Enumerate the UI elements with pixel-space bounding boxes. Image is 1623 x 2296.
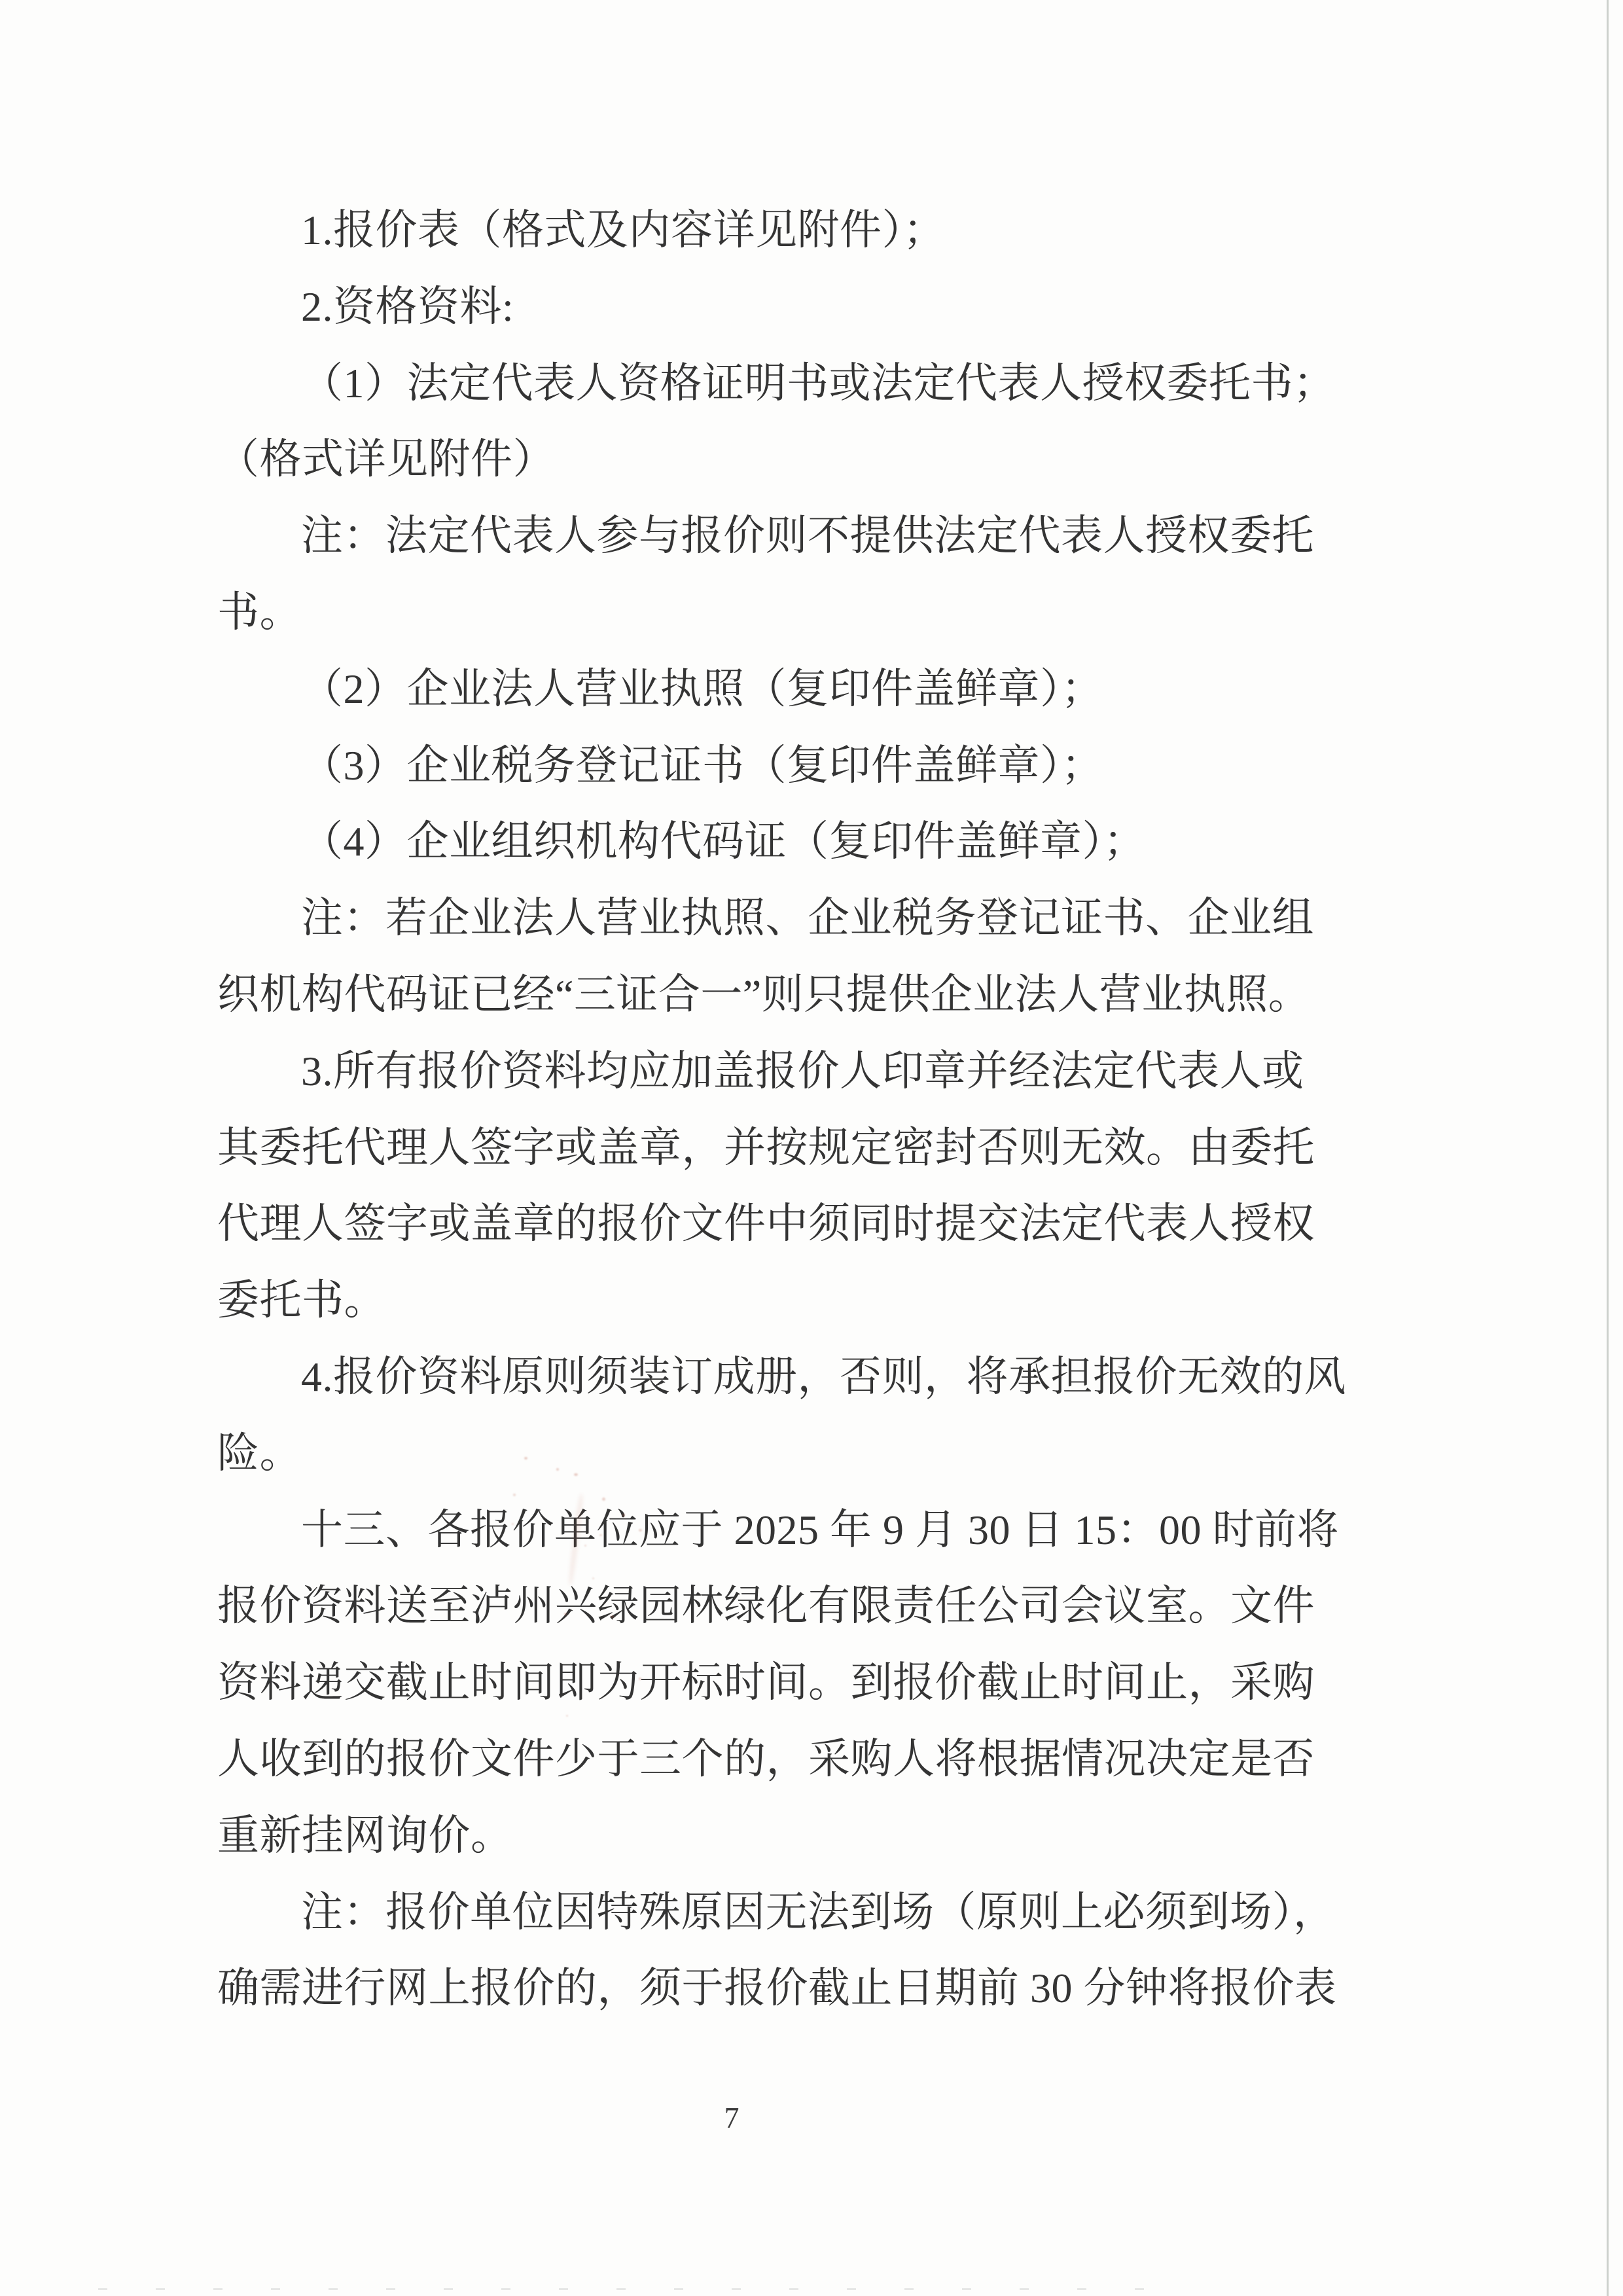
text-line: 代理人签字或盖章的报价文件中须同时提交法定代表人授权: [217, 1186, 1395, 1263]
page-number: 7: [712, 2101, 751, 2135]
text-line: 3.所有报价资料均应加盖报价人印章并经法定代表人或: [217, 1033, 1395, 1110]
text-line: 注：若企业法人营业执照、企业税务登记证书、企业组: [217, 880, 1395, 957]
text-lines: 1.报价表（格式及内容详见附件）；2.资格资料:（1）法定代表人资格证明书或法定…: [217, 192, 1395, 2027]
text-line: 4.报价资料原则须装订成册，否则，将承担报价无效的风: [217, 1339, 1395, 1416]
text-line: 险。: [217, 1416, 1395, 1492]
scanner-bottom-artifact: [98, 2288, 1145, 2290]
text-line: 织机构代码证已经“三证合一”则只提供企业法人营业执照。: [217, 957, 1395, 1033]
text-line: 报价资料送至泸州兴绿园林绿化有限责任公司会议室。文件: [217, 1568, 1395, 1645]
text-line: 人收到的报价文件少于三个的，采购人将根据情况决定是否: [217, 1721, 1395, 1798]
text-line: 书。: [217, 575, 1395, 651]
text-line: 委托书。: [217, 1263, 1395, 1339]
text-line: 确需进行网上报价的，须于报价截止日期前 30 分钟将报价表: [217, 1950, 1395, 2027]
text-line: 1.报价表（格式及内容详见附件）；: [217, 192, 1395, 269]
scanner-edge-artifact: [1607, 0, 1609, 2296]
text-line: 注：法定代表人参与报价则不提供法定代表人授权委托: [217, 498, 1395, 575]
text-line: 十三、各报价单位应于 2025 年 9 月 30 日 15：00 时前将: [217, 1492, 1395, 1569]
text-line: （1）法定代表人资格证明书或法定代表人授权委托书；: [217, 346, 1395, 422]
document-page: 1.报价表（格式及内容详见附件）；2.资格资料:（1）法定代表人资格证明书或法定…: [0, 0, 1623, 2296]
text-line: 注：报价单位因特殊原因无法到场（原则上必须到场），: [217, 1874, 1395, 1951]
text-line: （2）企业法人营业执照（复印件盖鲜章）；: [217, 651, 1395, 728]
text-line: （3）企业税务登记证书（复印件盖鲜章）；: [217, 728, 1395, 804]
text-line: （4）企业组织机构代码证（复印件盖鲜章）；: [217, 804, 1395, 880]
text-line: 2.资格资料:: [217, 269, 1395, 346]
text-line: （格式详见附件）: [217, 422, 1395, 498]
text-line: 资料递交截止时间即为开标时间。到报价截止时间止，采购: [217, 1645, 1395, 1721]
text-line: 重新挂网询价。: [217, 1798, 1395, 1874]
text-line: 其委托代理人签字或盖章，并按规定密封否则无效。由委托: [217, 1110, 1395, 1187]
